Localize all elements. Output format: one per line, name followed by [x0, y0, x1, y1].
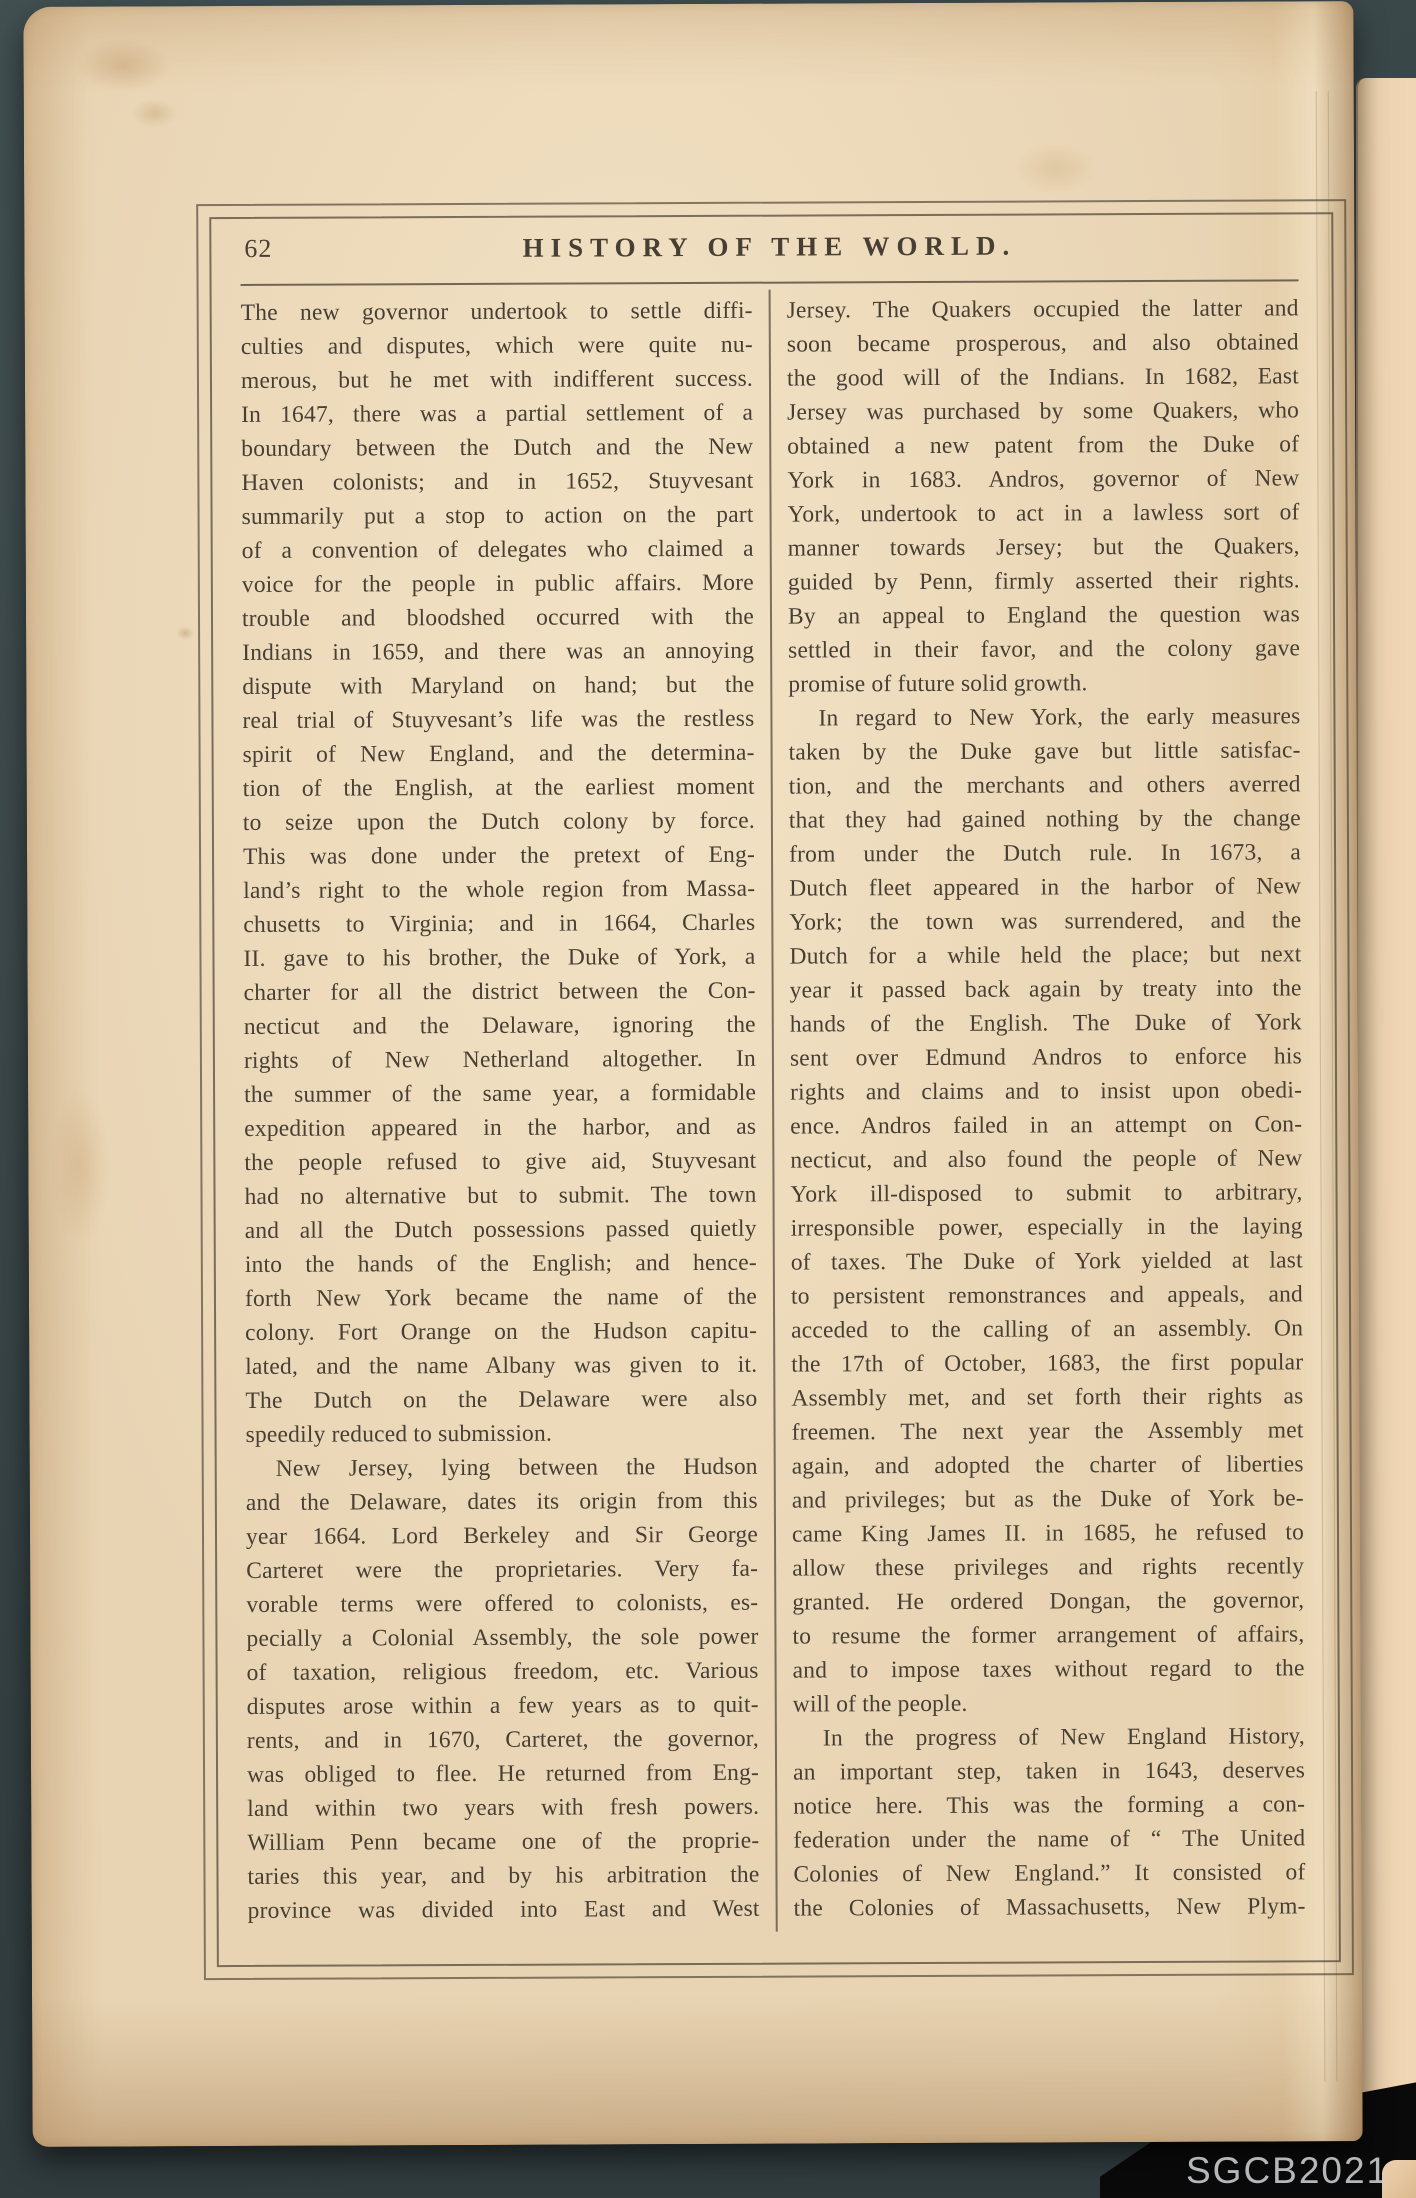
text-line: colony. Fort Orange on the Hudson capitu… [245, 1314, 757, 1350]
text-line: II. gave to his brother, the Duke of Yor… [243, 940, 755, 976]
text-line: of taxation, religious freedom, etc. Var… [247, 1654, 759, 1690]
text-line: York; the town was surrendered, and the [789, 903, 1301, 939]
text-line: lated, and the name Albany was given to … [245, 1348, 757, 1384]
text-line: Haven colonists; and in 1652, Stuyvesant [241, 464, 753, 500]
text-line: to resume the former arrangement of affa… [792, 1617, 1304, 1653]
text-column-right: Jersey. The Quakers occupied the latter … [787, 291, 1306, 1925]
text-line: merous, but he met with indifferent succ… [241, 362, 753, 398]
text-line: York in 1683. Andros, governor of New [787, 461, 1299, 497]
text-line: rents, and in 1670, Carteret, the govern… [247, 1722, 759, 1758]
book-page: 62 HISTORY OF THE WORLD. The new governo… [23, 1, 1362, 2147]
text-line: of a convention of delegates who claimed… [242, 532, 754, 568]
text-line: spirit of New England, and the determina… [243, 736, 755, 772]
text-line: taken by the Duke gave but little satisf… [789, 733, 1301, 769]
text-line: year it passed back again by treaty into… [790, 971, 1302, 1007]
text-line: to persistent remonstrances and appeals,… [791, 1277, 1303, 1313]
text-line: again, and adopted the charter of libert… [792, 1447, 1304, 1483]
text-line: culties and disputes, which were quite n… [241, 328, 753, 364]
text-line: tion of the English, at the earliest mom… [243, 770, 755, 806]
text-line: The new governor undertook to settle dif… [241, 294, 753, 330]
text-line: obtained a new patent from the Duke of [787, 427, 1299, 463]
page-number: 62 [244, 234, 272, 264]
text-line: vorable terms were offered to colonists,… [246, 1586, 758, 1622]
text-line: the Colonies of Massachusetts, New Plym- [794, 1889, 1306, 1925]
foxing-spot [1014, 142, 1098, 194]
text-line: New Jersey, lying between the Hudson [246, 1450, 758, 1486]
text-line: soon became prosperous, and also obtaine… [787, 325, 1299, 361]
text-line: promise of future solid growth. [788, 665, 1300, 701]
text-line: In the progress of New England History, [793, 1719, 1305, 1755]
text-columns: The new governor undertook to settle dif… [241, 281, 1306, 1928]
text-line: irresponsible power, especially in the l… [791, 1209, 1303, 1245]
text-line: land within two years with fresh powers. [247, 1790, 759, 1826]
text-line: that they had gained nothing by the chan… [789, 801, 1301, 837]
text-line: had no alternative but to submit. The to… [244, 1178, 756, 1214]
text-line: real trial of Stuyvesant’s life was the … [242, 702, 754, 738]
text-line: necticut and the Delaware, ignoring the [244, 1008, 756, 1044]
text-line: the good will of the Indians. In 1682, E… [787, 359, 1299, 395]
text-line: granted. He ordered Dongan, the governor… [792, 1583, 1304, 1619]
text-line: guided by Penn, firmly asserted their ri… [788, 563, 1300, 599]
text-line: came King James II. in 1685, he refused … [792, 1515, 1304, 1551]
text-line: manner towards Jersey; but the Quakers, [788, 529, 1300, 565]
text-line: and to impose taxes without regard to th… [793, 1651, 1305, 1687]
text-line: notice here. This was the forming a con- [793, 1787, 1305, 1823]
text-line: and all the Dutch possessions passed qui… [245, 1212, 757, 1248]
text-line: York ill-disposed to submit to arbitrary… [790, 1175, 1302, 1211]
text-line: trouble and bloodshed occurred with the [242, 600, 754, 636]
text-line: Assembly met, and set forth their rights… [791, 1379, 1303, 1415]
text-line: into the hands of the English; and hence… [245, 1246, 757, 1282]
text-line: sent over Edmund Andros to enforce his [790, 1039, 1302, 1075]
text-line: This was done under the pretext of Eng- [243, 838, 755, 874]
text-line: In regard to New York, the early measure… [788, 699, 1300, 735]
text-line: expedition appeared in the harbor, and a… [244, 1110, 756, 1146]
text-line: necticut, and also found the people of N… [790, 1141, 1302, 1177]
text-line: taries this year, and by his arbitration… [247, 1858, 759, 1894]
text-line: an important step, taken in 1643, deserv… [793, 1753, 1305, 1789]
text-line: allow these privileges and rights recent… [792, 1549, 1304, 1585]
text-line: rights of New Netherland altogether. In [244, 1042, 756, 1078]
watermark: SGCB2021 [1186, 2150, 1416, 2192]
text-line: the people refused to give aid, Stuyvesa… [244, 1144, 756, 1180]
text-line: The Dutch on the Delaware were also [245, 1382, 757, 1418]
text-line: dispute with Maryland on hand; but the [242, 668, 754, 704]
text-line: of taxes. The Duke of York yielded at la… [791, 1243, 1303, 1279]
text-line: disputes arose within a few years as to … [247, 1688, 759, 1724]
text-line: York, undertook to act in a lawless sort… [787, 495, 1299, 531]
text-line: chusetts to Virginia; and in 1664, Charl… [243, 906, 755, 942]
text-line: In 1647, there was a partial settlement … [241, 396, 753, 432]
text-line: rights and claims and to insist upon obe… [790, 1073, 1302, 1109]
foxing-spot [50, 1087, 111, 1247]
text-line: Dutch for a while held the place; but ne… [789, 937, 1301, 973]
text-line: province was divided into East and West [248, 1892, 760, 1928]
text-line: tion, and the merchants and others averr… [789, 767, 1301, 803]
text-line: to seize upon the Dutch colony by force. [243, 804, 755, 840]
text-line: Dutch fleet appeared in the harbor of Ne… [789, 869, 1301, 905]
text-line: settled in their favor, and the colony g… [788, 631, 1300, 667]
text-line: acceded to the calling of an assembly. O… [791, 1311, 1303, 1347]
foxing-spot [75, 38, 171, 92]
text-column-left: The new governor undertook to settle dif… [241, 294, 760, 1928]
text-line: William Penn became one of the proprie- [247, 1824, 759, 1860]
text-line: voice for the people in public affairs. … [242, 566, 754, 602]
text-line: pecially a Colonial Assembly, the sole p… [246, 1620, 758, 1656]
text-line: forth New York became the name of the [245, 1280, 757, 1316]
text-line: Carteret were the proprietaries. Very fa… [246, 1552, 758, 1588]
text-line: will of the people. [793, 1685, 1305, 1721]
text-line: year 1664. Lord Berkeley and Sir George [246, 1518, 758, 1554]
text-line: Jersey was purchased by some Quakers, wh… [787, 393, 1299, 429]
text-line: charter for all the district between the… [244, 974, 756, 1010]
text-line: hands of the English. The Duke of York [790, 1005, 1302, 1041]
text-line: federation under the name of “ The Unite… [793, 1821, 1305, 1857]
text-line: from under the Dutch rule. In 1673, a [789, 835, 1301, 871]
foxing-spot [132, 98, 178, 128]
text-line: speedily reduced to submission. [245, 1416, 757, 1452]
column-divider [769, 290, 778, 1932]
text-line: and privileges; but as the Duke of York … [792, 1481, 1304, 1517]
book-photo: 62 HISTORY OF THE WORLD. The new governo… [0, 0, 1416, 2198]
text-line: land’s right to the whole region from Ma… [243, 872, 755, 908]
text-line: boundary between the Dutch and the New [241, 430, 753, 466]
text-line: the summer of the same year, a formidabl… [244, 1076, 756, 1112]
page-header: 62 HISTORY OF THE WORLD. [240, 213, 1298, 284]
printed-content: 62 HISTORY OF THE WORLD. The new governo… [240, 213, 1305, 1928]
text-line: By an appeal to England the question was [788, 597, 1300, 633]
text-line: ence. Andros failed in an attempt on Con… [790, 1107, 1302, 1143]
text-line: the 17th of October, 1683, the first pop… [791, 1345, 1303, 1381]
foxing-spot [176, 626, 194, 640]
text-line: was obliged to flee. He returned from En… [247, 1756, 759, 1792]
text-line: freemen. The next year the Assembly met [791, 1413, 1303, 1449]
text-line: summarily put a stop to action on the pa… [241, 498, 753, 534]
text-line: Jersey. The Quakers occupied the latter … [787, 291, 1299, 327]
text-line: and the Delaware, dates its origin from … [246, 1484, 758, 1520]
text-line: Indians in 1659, and there was an annoyi… [242, 634, 754, 670]
next-page-edge [1356, 78, 1416, 2114]
text-line: Colonies of New England.” It consisted o… [793, 1855, 1305, 1891]
running-title: HISTORY OF THE WORLD. [240, 213, 1298, 265]
